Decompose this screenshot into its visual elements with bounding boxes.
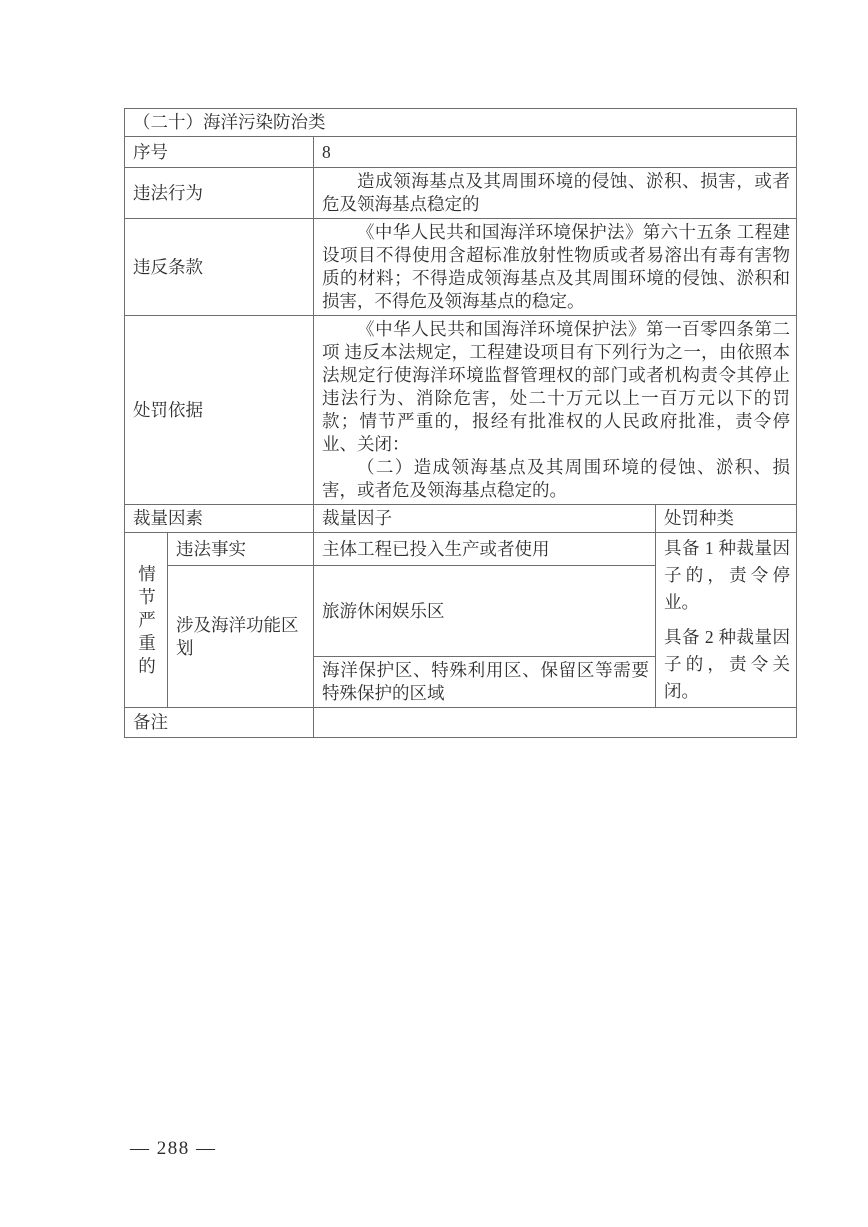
severe-vertical-label-cell: 情节严重的 (125, 533, 168, 708)
penalty-basis-paragraph-1: 《中华人民共和国海洋环境保护法》第一百零四条第二项 违反本法规定，工程建设项目有… (322, 318, 790, 456)
document-page: （二十）海洋污染防治类 序号 8 违法行为 造成领海基点及其周围环境的侵蚀、淤积… (0, 0, 868, 1227)
tourism-zone-value-cell: 旅游休闲娱乐区 (314, 566, 656, 657)
category-header-cell: （二十）海洋污染防治类 (125, 109, 797, 137)
serial-label-cell: 序号 (125, 137, 314, 168)
discretion-factor-item-header-cell: 裁量因子 (314, 505, 656, 533)
penalty-type-paragraph-1: 具备 1 种裁量因子的，责令停业。 (664, 535, 790, 616)
illegal-fact-label-cell: 违法事实 (168, 533, 314, 566)
penalty-basis-label-cell: 处罚依据 (125, 316, 314, 505)
penalty-type-paragraph-2: 具备 2 种裁量因子的，责令关闭。 (664, 624, 790, 705)
marine-zone-label-cell: 涉及海洋功能区划 (168, 566, 314, 708)
violated-clause-paragraph: 《中华人民共和国海洋环境保护法》第六十五条 工程建设项目不得使用含超标准放射性物… (322, 221, 790, 313)
severe-vertical-label: 情节严重的 (138, 563, 156, 678)
violated-clause-label-cell: 违反条款 (125, 219, 314, 316)
illegal-act-label-cell: 违法行为 (125, 168, 314, 219)
illegal-act-text-cell: 造成领海基点及其周围环境的侵蚀、淤积、损害，或者危及领海基点稳定的 (314, 168, 797, 219)
penalty-basis-paragraph-2: （二）造成领海基点及其周围环境的侵蚀、淤积、损害，或者危及领海基点稳定的。 (322, 456, 790, 502)
violated-clause-text-cell: 《中华人民共和国海洋环境保护法》第六十五条 工程建设项目不得使用含超标准放射性物… (314, 219, 797, 316)
penalty-type-header-cell: 处罚种类 (656, 505, 797, 533)
illegal-fact-value-cell: 主体工程已投入生产或者使用 (314, 533, 656, 566)
remarks-value-cell (314, 708, 797, 738)
penalty-type-content-cell: 具备 1 种裁量因子的，责令停业。 具备 2 种裁量因子的，责令关闭。 (656, 533, 797, 708)
illegal-act-paragraph: 造成领海基点及其周围环境的侵蚀、淤积、损害，或者危及领海基点稳定的 (322, 170, 790, 216)
penalty-table: （二十）海洋污染防治类 序号 8 违法行为 造成领海基点及其周围环境的侵蚀、淤积… (124, 108, 797, 738)
serial-value-cell: 8 (314, 137, 797, 168)
protected-zone-value-cell: 海洋保护区、特殊利用区、保留区等需要特殊保护的区域 (314, 657, 656, 708)
remarks-label-cell: 备注 (125, 708, 314, 738)
penalty-basis-text-cell: 《中华人民共和国海洋环境保护法》第一百零四条第二项 违反本法规定，工程建设项目有… (314, 316, 797, 505)
page-number: — 288 — (130, 1138, 217, 1160)
discretion-factor-label-cell: 裁量因素 (125, 505, 314, 533)
